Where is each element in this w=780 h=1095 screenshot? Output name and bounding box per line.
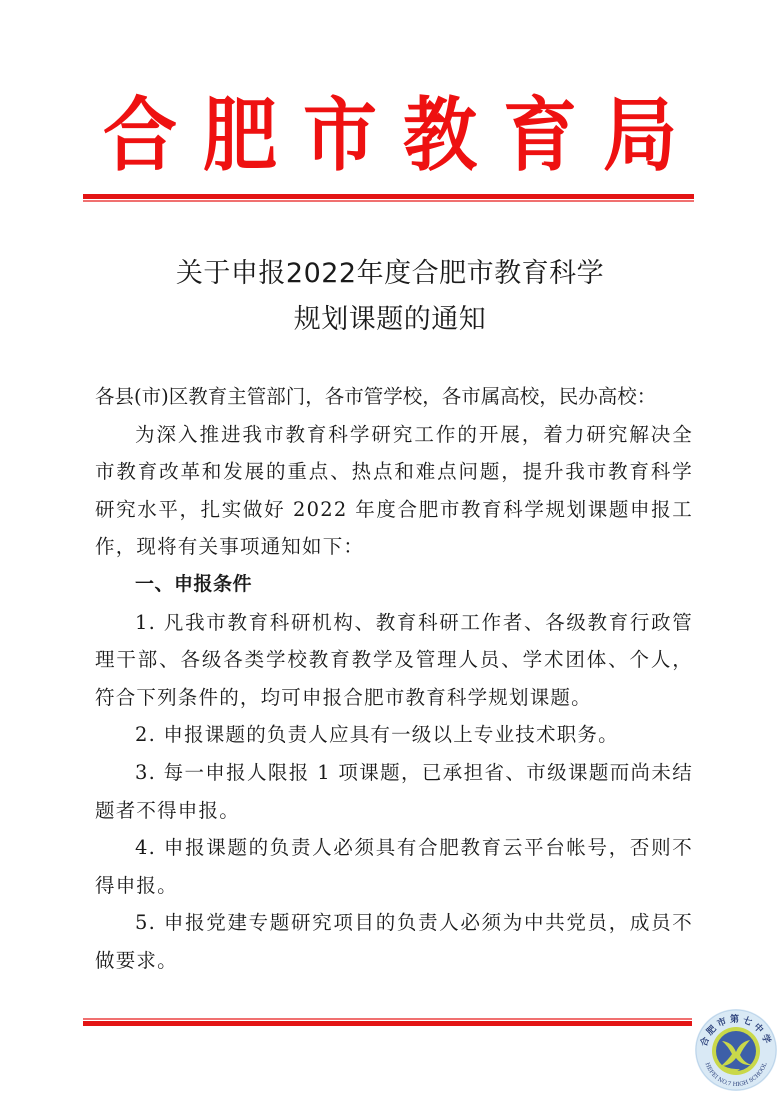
intro-paragraph: 为深入推进我市教育科学研究工作的开展，着力研究解决全市教育改革和发展的重点、热点… xyxy=(95,416,693,566)
footer-divider xyxy=(83,1018,692,1026)
condition-item-1: 1. 凡我市教育科研机构、教育科研工作者、各级教育行政管理干部、各级各类学校教育… xyxy=(95,604,693,717)
issuer-title: 合肥市教育局 xyxy=(103,84,703,188)
condition-item-5: 5. 申报党建专题研究项目的负责人必须为中共党员，成员不做要求。 xyxy=(95,904,693,979)
header-divider xyxy=(83,194,694,202)
masthead: 合肥市教育局 xyxy=(0,88,780,184)
condition-item-4: 4. 申报课题的负责人必须具有合肥教育云平台帐号，否则不得申报。 xyxy=(95,829,693,904)
document-title-line-1: 关于申报2022年度合肥市教育科学 xyxy=(0,250,780,298)
school-emblem-icon: 合肥市第七中学 HEFEI NO.7 HIGH SCHOOL xyxy=(694,1008,778,1092)
condition-item-3: 3. 每一申报人限报 1 项课题，已承担省、市级课题而尚未结题者不得申报。 xyxy=(95,754,693,829)
condition-item-2: 2. 申报课题的负责人应具有一级以上专业技术职务。 xyxy=(95,716,693,754)
section-heading: 一、申报条件 xyxy=(95,566,693,604)
divider-thick-line xyxy=(83,1021,692,1026)
document-title-line-2: 规划课题的通知 xyxy=(0,296,780,344)
document-body: 各县(市)区教育主管部门，各市管学校，各市属高校，民办高校： 为深入推进我市教育… xyxy=(95,378,693,980)
school-logo-watermark: 合肥市第七中学 HEFEI NO.7 HIGH SCHOOL xyxy=(694,1008,778,1092)
divider-thin-line xyxy=(83,200,694,202)
salutation: 各县(市)区教育主管部门，各市管学校，各市属高校，民办高校： xyxy=(95,378,693,416)
